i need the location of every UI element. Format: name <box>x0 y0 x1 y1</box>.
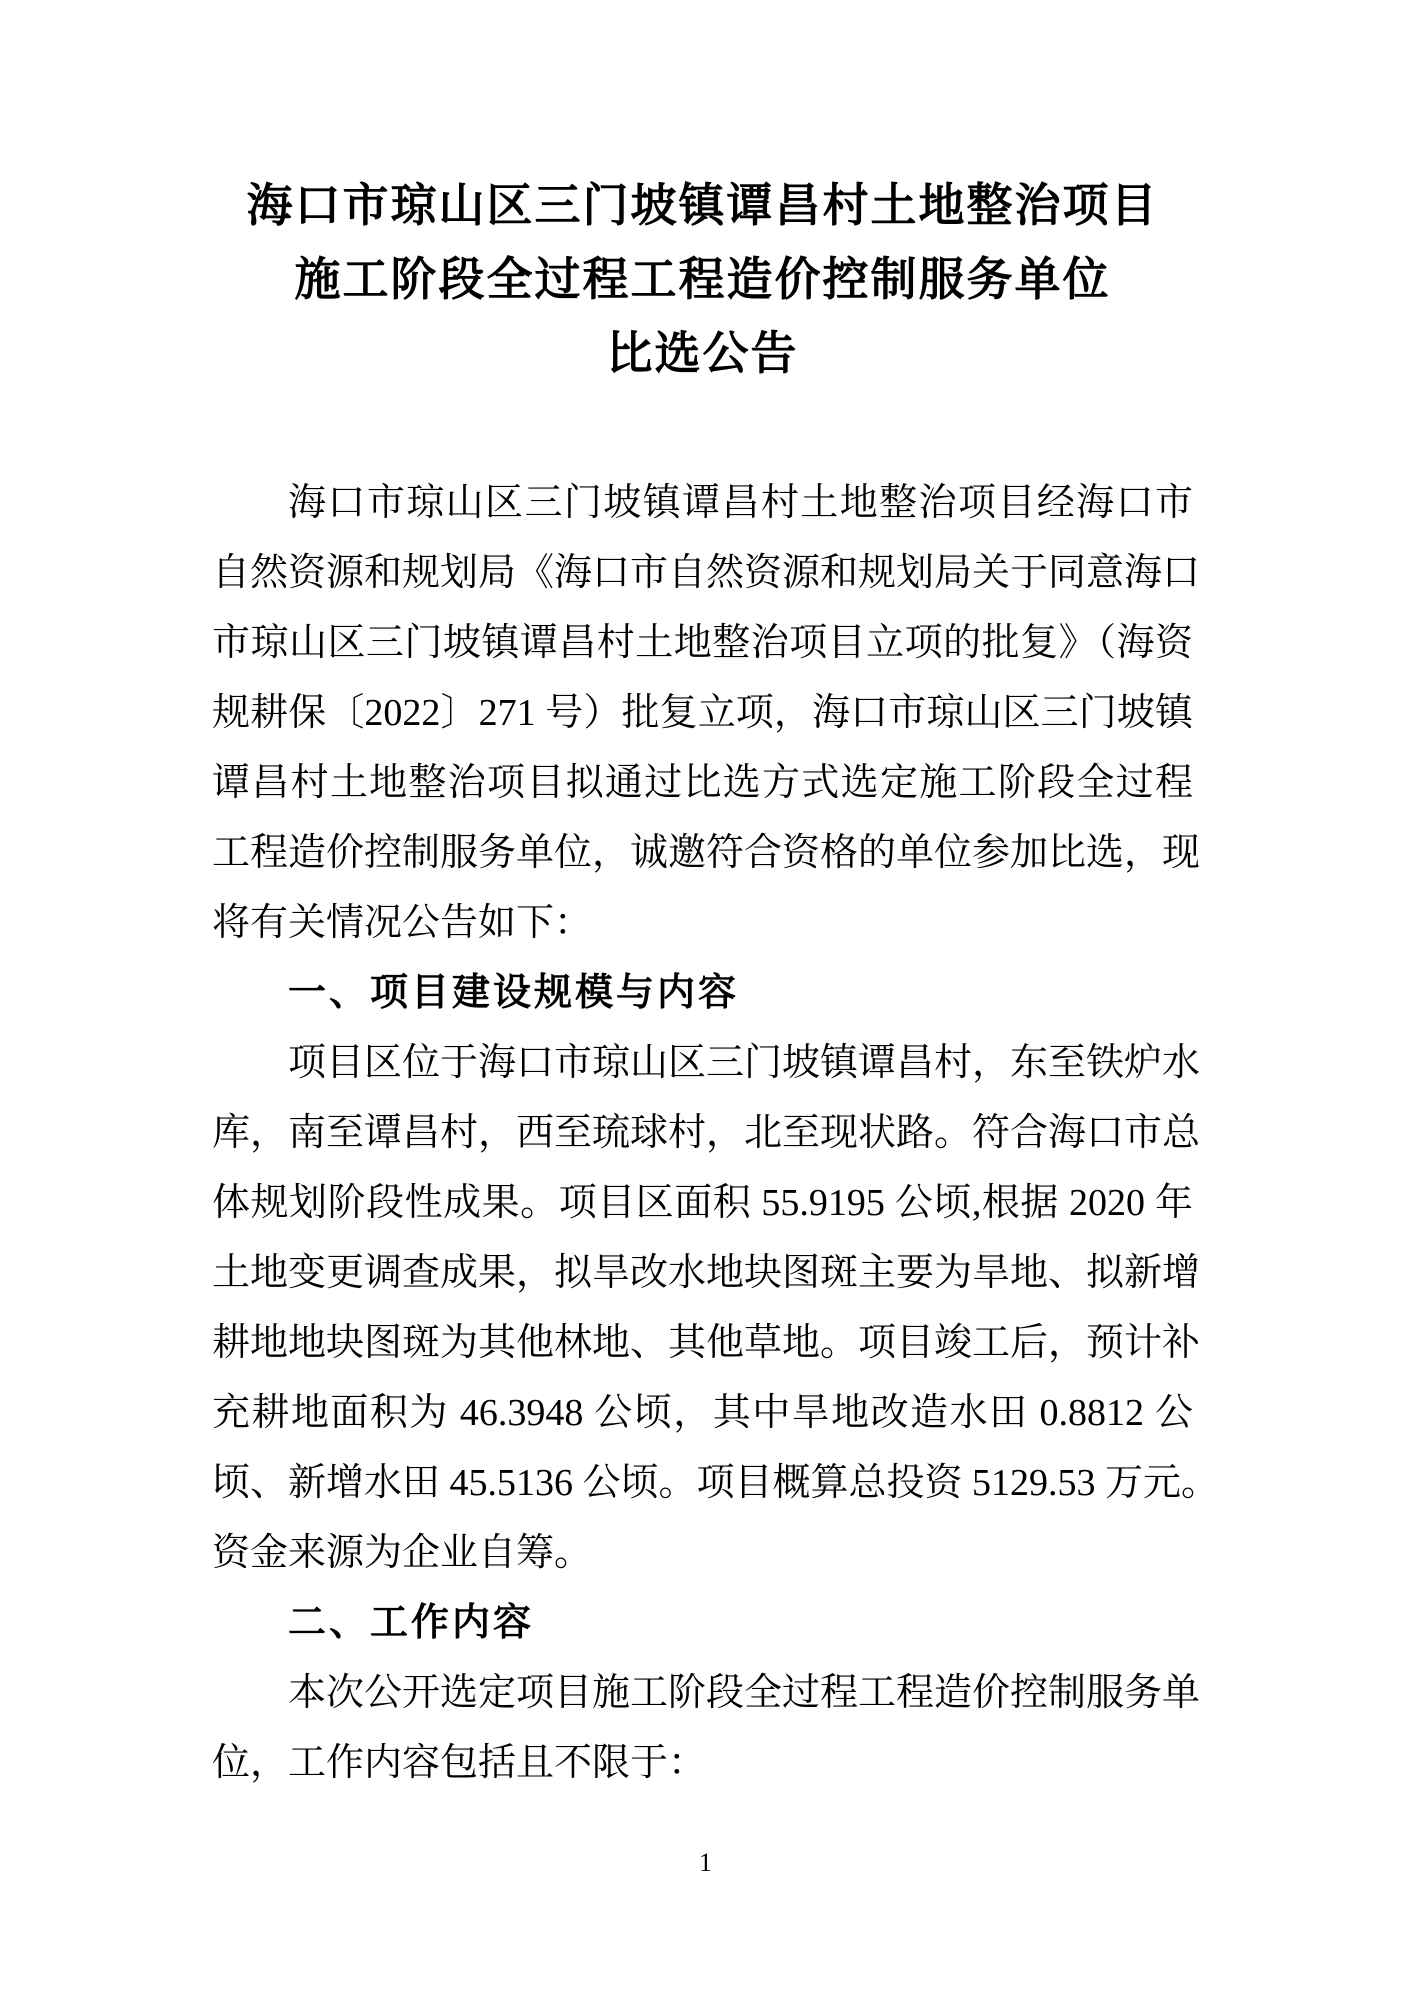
intro-paragraph-line: 海口市琼山区三门坡镇谭昌村土地整治项目经海口市 <box>212 468 1193 538</box>
page-number: 1 <box>0 1846 1411 1880</box>
document-title: 海口市琼山区三门坡镇谭昌村土地整治项目 施工阶段全过程工程造价控制服务单位 比选… <box>212 168 1193 390</box>
section1-paragraph-line: 土地变更调查成果，拟旱改水地块图斑主要为旱地、拟新增 <box>212 1238 1193 1308</box>
intro-paragraph-line: 将有关情况公告如下： <box>212 888 1193 958</box>
section1-paragraph-line: 资金来源为企业自筹。 <box>212 1518 1193 1588</box>
title-line-1: 海口市琼山区三门坡镇谭昌村土地整治项目 <box>212 168 1193 242</box>
section1-heading: 一、项目建设规模与内容 <box>212 958 1193 1028</box>
section1-paragraph-line: 耕地地块图斑为其他林地、其他草地。项目竣工后，预计补 <box>212 1308 1193 1378</box>
section1-paragraph-line: 库，南至谭昌村，西至琉球村，北至现状路。符合海口市总 <box>212 1098 1193 1168</box>
section2-paragraph-line: 位，工作内容包括且不限于： <box>212 1728 1193 1798</box>
title-line-3: 比选公告 <box>212 316 1193 390</box>
section1-paragraph-line: 充耕地面积为 46.3948 公顷，其中旱地改造水田 0.8812 公 <box>212 1378 1193 1448</box>
document-page: 海口市琼山区三门坡镇谭昌村土地整治项目 施工阶段全过程工程造价控制服务单位 比选… <box>0 0 1411 1995</box>
section1-paragraph-line: 体规划阶段性成果。项目区面积 55.9195 公顷,根据 2020 年 <box>212 1168 1193 1238</box>
intro-paragraph-line: 谭昌村土地整治项目拟通过比选方式选定施工阶段全过程 <box>212 748 1193 818</box>
intro-paragraph-line: 规耕保〔2022〕271 号）批复立项，海口市琼山区三门坡镇 <box>212 678 1193 748</box>
intro-paragraph-line: 市琼山区三门坡镇谭昌村土地整治项目立项的批复》（海资 <box>212 608 1193 678</box>
title-line-2: 施工阶段全过程工程造价控制服务单位 <box>212 242 1193 316</box>
section1-paragraph-line: 顷、新增水田 45.5136 公顷。项目概算总投资 5129.53 万元。 <box>212 1448 1193 1518</box>
section1-paragraph-line: 项目区位于海口市琼山区三门坡镇谭昌村，东至铁炉水 <box>212 1028 1193 1098</box>
document-body: 海口市琼山区三门坡镇谭昌村土地整治项目经海口市 自然资源和规划局《海口市自然资源… <box>212 468 1193 1798</box>
intro-paragraph-line: 自然资源和规划局《海口市自然资源和规划局关于同意海口 <box>212 538 1193 608</box>
intro-paragraph-line: 工程造价控制服务单位，诚邀符合资格的单位参加比选，现 <box>212 818 1193 888</box>
section2-paragraph-line: 本次公开选定项目施工阶段全过程工程造价控制服务单 <box>212 1658 1193 1728</box>
section2-heading: 二、工作内容 <box>212 1588 1193 1658</box>
